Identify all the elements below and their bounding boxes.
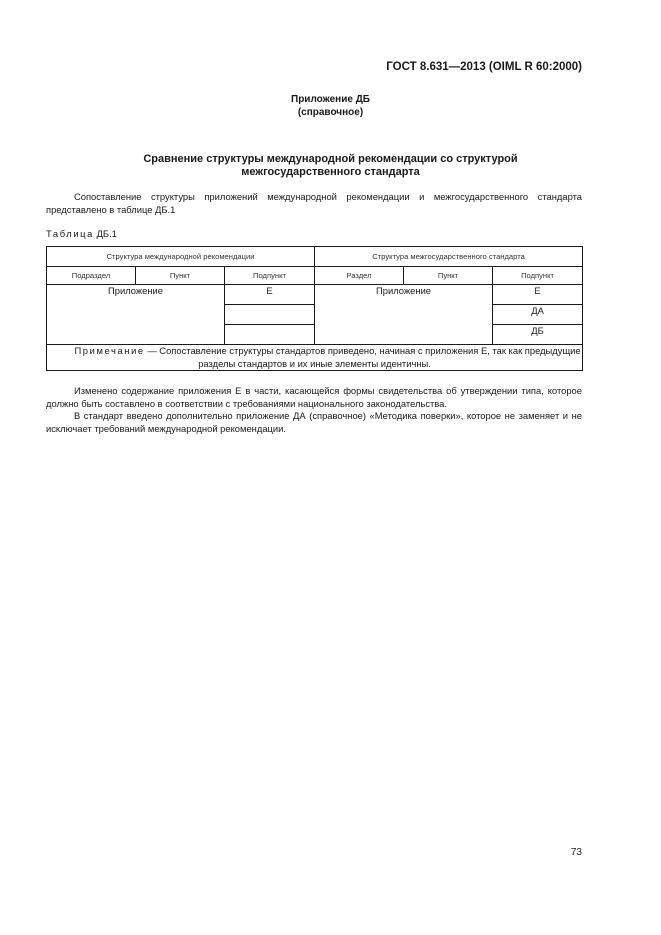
column-header: Пункт	[404, 267, 493, 285]
right-subitem-cell: ДА	[493, 305, 583, 325]
note-label: Примечание	[74, 345, 144, 356]
intro-paragraph-text: Сопоставление структуры приложений между…	[46, 191, 582, 215]
table-note: Примечание — Сопоставление структуры ста…	[47, 345, 583, 371]
table-row: Приложение Е Приложение Е	[47, 285, 583, 305]
section-heading: Сравнение структуры международной рекоме…	[0, 153, 661, 179]
closing-paragraph: В стандарт введено дополнительно приложе…	[46, 410, 582, 435]
closing-paragraph: Изменено содержание приложения Е в части…	[46, 385, 582, 410]
group-header-international: Структура международной рекомендации	[47, 247, 315, 267]
column-header: Подпункт	[493, 267, 583, 285]
table-caption: Таблица ДБ.1	[46, 228, 117, 239]
intro-paragraph: Сопоставление структуры приложений между…	[46, 191, 582, 216]
page-number: 73	[0, 847, 582, 858]
document-code: ГОСТ 8.631—2013 (OIML R 60:2000)	[0, 61, 582, 73]
closing-paragraphs: Изменено содержание приложения Е в части…	[46, 385, 582, 435]
table-note-row: Примечание — Сопоставление структуры ста…	[47, 345, 583, 371]
left-subitem-cell	[225, 325, 315, 345]
annex-heading: Приложение ДБ (справочное)	[0, 93, 661, 119]
column-header: Пункт	[136, 267, 225, 285]
table-column-header-row: Подраздел Пункт Подпункт Раздел Пункт По…	[47, 267, 583, 285]
column-header: Подраздел	[47, 267, 136, 285]
annex-subtitle: (справочное)	[0, 106, 661, 119]
right-subitem-cell: Е	[493, 285, 583, 305]
column-header: Раздел	[315, 267, 404, 285]
table-caption-number: ДБ.1	[97, 228, 117, 239]
table-group-header-row: Структура международной рекомендации Стр…	[47, 247, 583, 267]
annex-title: Приложение ДБ	[0, 93, 661, 106]
table-caption-label: Таблица	[46, 228, 94, 239]
group-header-interstate: Структура межгосударственного стандарта	[315, 247, 583, 267]
left-section-cell: Приложение	[47, 285, 225, 345]
section-title-line1: Сравнение структуры международной рекоме…	[0, 153, 661, 166]
note-text: — Сопоставление структуры стандартов при…	[145, 345, 581, 369]
section-title-line2: межгосударственного стандарта	[0, 166, 661, 179]
left-subitem-cell: Е	[225, 285, 315, 305]
comparison-table: Структура международной рекомендации Стр…	[46, 246, 583, 371]
closing-paragraph-text: Изменено содержание приложения Е в части…	[46, 385, 582, 409]
left-subitem-cell	[225, 305, 315, 325]
closing-paragraph-text: В стандарт введено дополнительно приложе…	[46, 410, 582, 434]
column-header: Подпункт	[225, 267, 315, 285]
right-subitem-cell: ДБ	[493, 325, 583, 345]
right-section-cell: Приложение	[315, 285, 493, 345]
